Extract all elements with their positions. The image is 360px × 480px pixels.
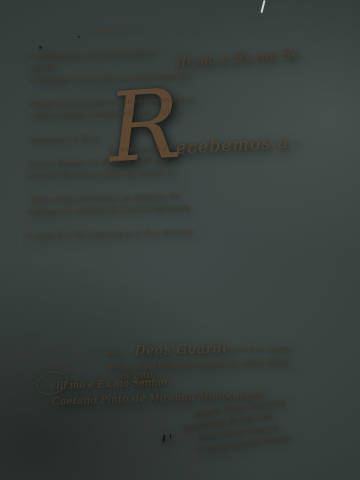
closing-word: nou. — [106, 349, 122, 357]
closing-line-1: nou. Deos Guarde a V. Ex.a muitos — [106, 340, 290, 360]
paper-shadow-wrapper: Ill.mo e Ex.mo Senhor R ecebemos a carta… — [0, 0, 360, 480]
closing-rest: a V. Ex.a muitos — [231, 345, 290, 355]
deos-guarde-phrase: Deos Guarde — [135, 341, 232, 359]
body-line: que V. Ex.a nos dirigio se deve parecer … — [0, 0, 195, 14]
address-salutation: Ill.mo e Ex.mo Senhor — [56, 377, 169, 392]
edge-ink-mark — [163, 435, 166, 442]
photo-background: Ill.mo e Ex.mo Senhor R ecebemos a carta… — [0, 0, 360, 480]
opening-phrase: ecebemos a carta — [176, 130, 347, 159]
body-paragraph-2: Na explicação do Mapa da Duqueza ou Bala… — [0, 142, 197, 243]
body-line: de 24 de Corrente mez, e conhecemos dell… — [0, 10, 195, 27]
edge-ink-mark — [170, 434, 172, 439]
body-paragraph-1: que V. Ex.a nos dirigio se deve parecer … — [0, 0, 198, 146]
manuscript-paper: Ill.mo e Ex.mo Senhor R ecebemos a carta… — [0, 0, 360, 480]
closing-line-2: Annos. Villa Bella em Camara de 28 de No… — [107, 358, 290, 372]
salutation-top: Ill.mo e Ex.mo Senhor — [176, 45, 333, 71]
